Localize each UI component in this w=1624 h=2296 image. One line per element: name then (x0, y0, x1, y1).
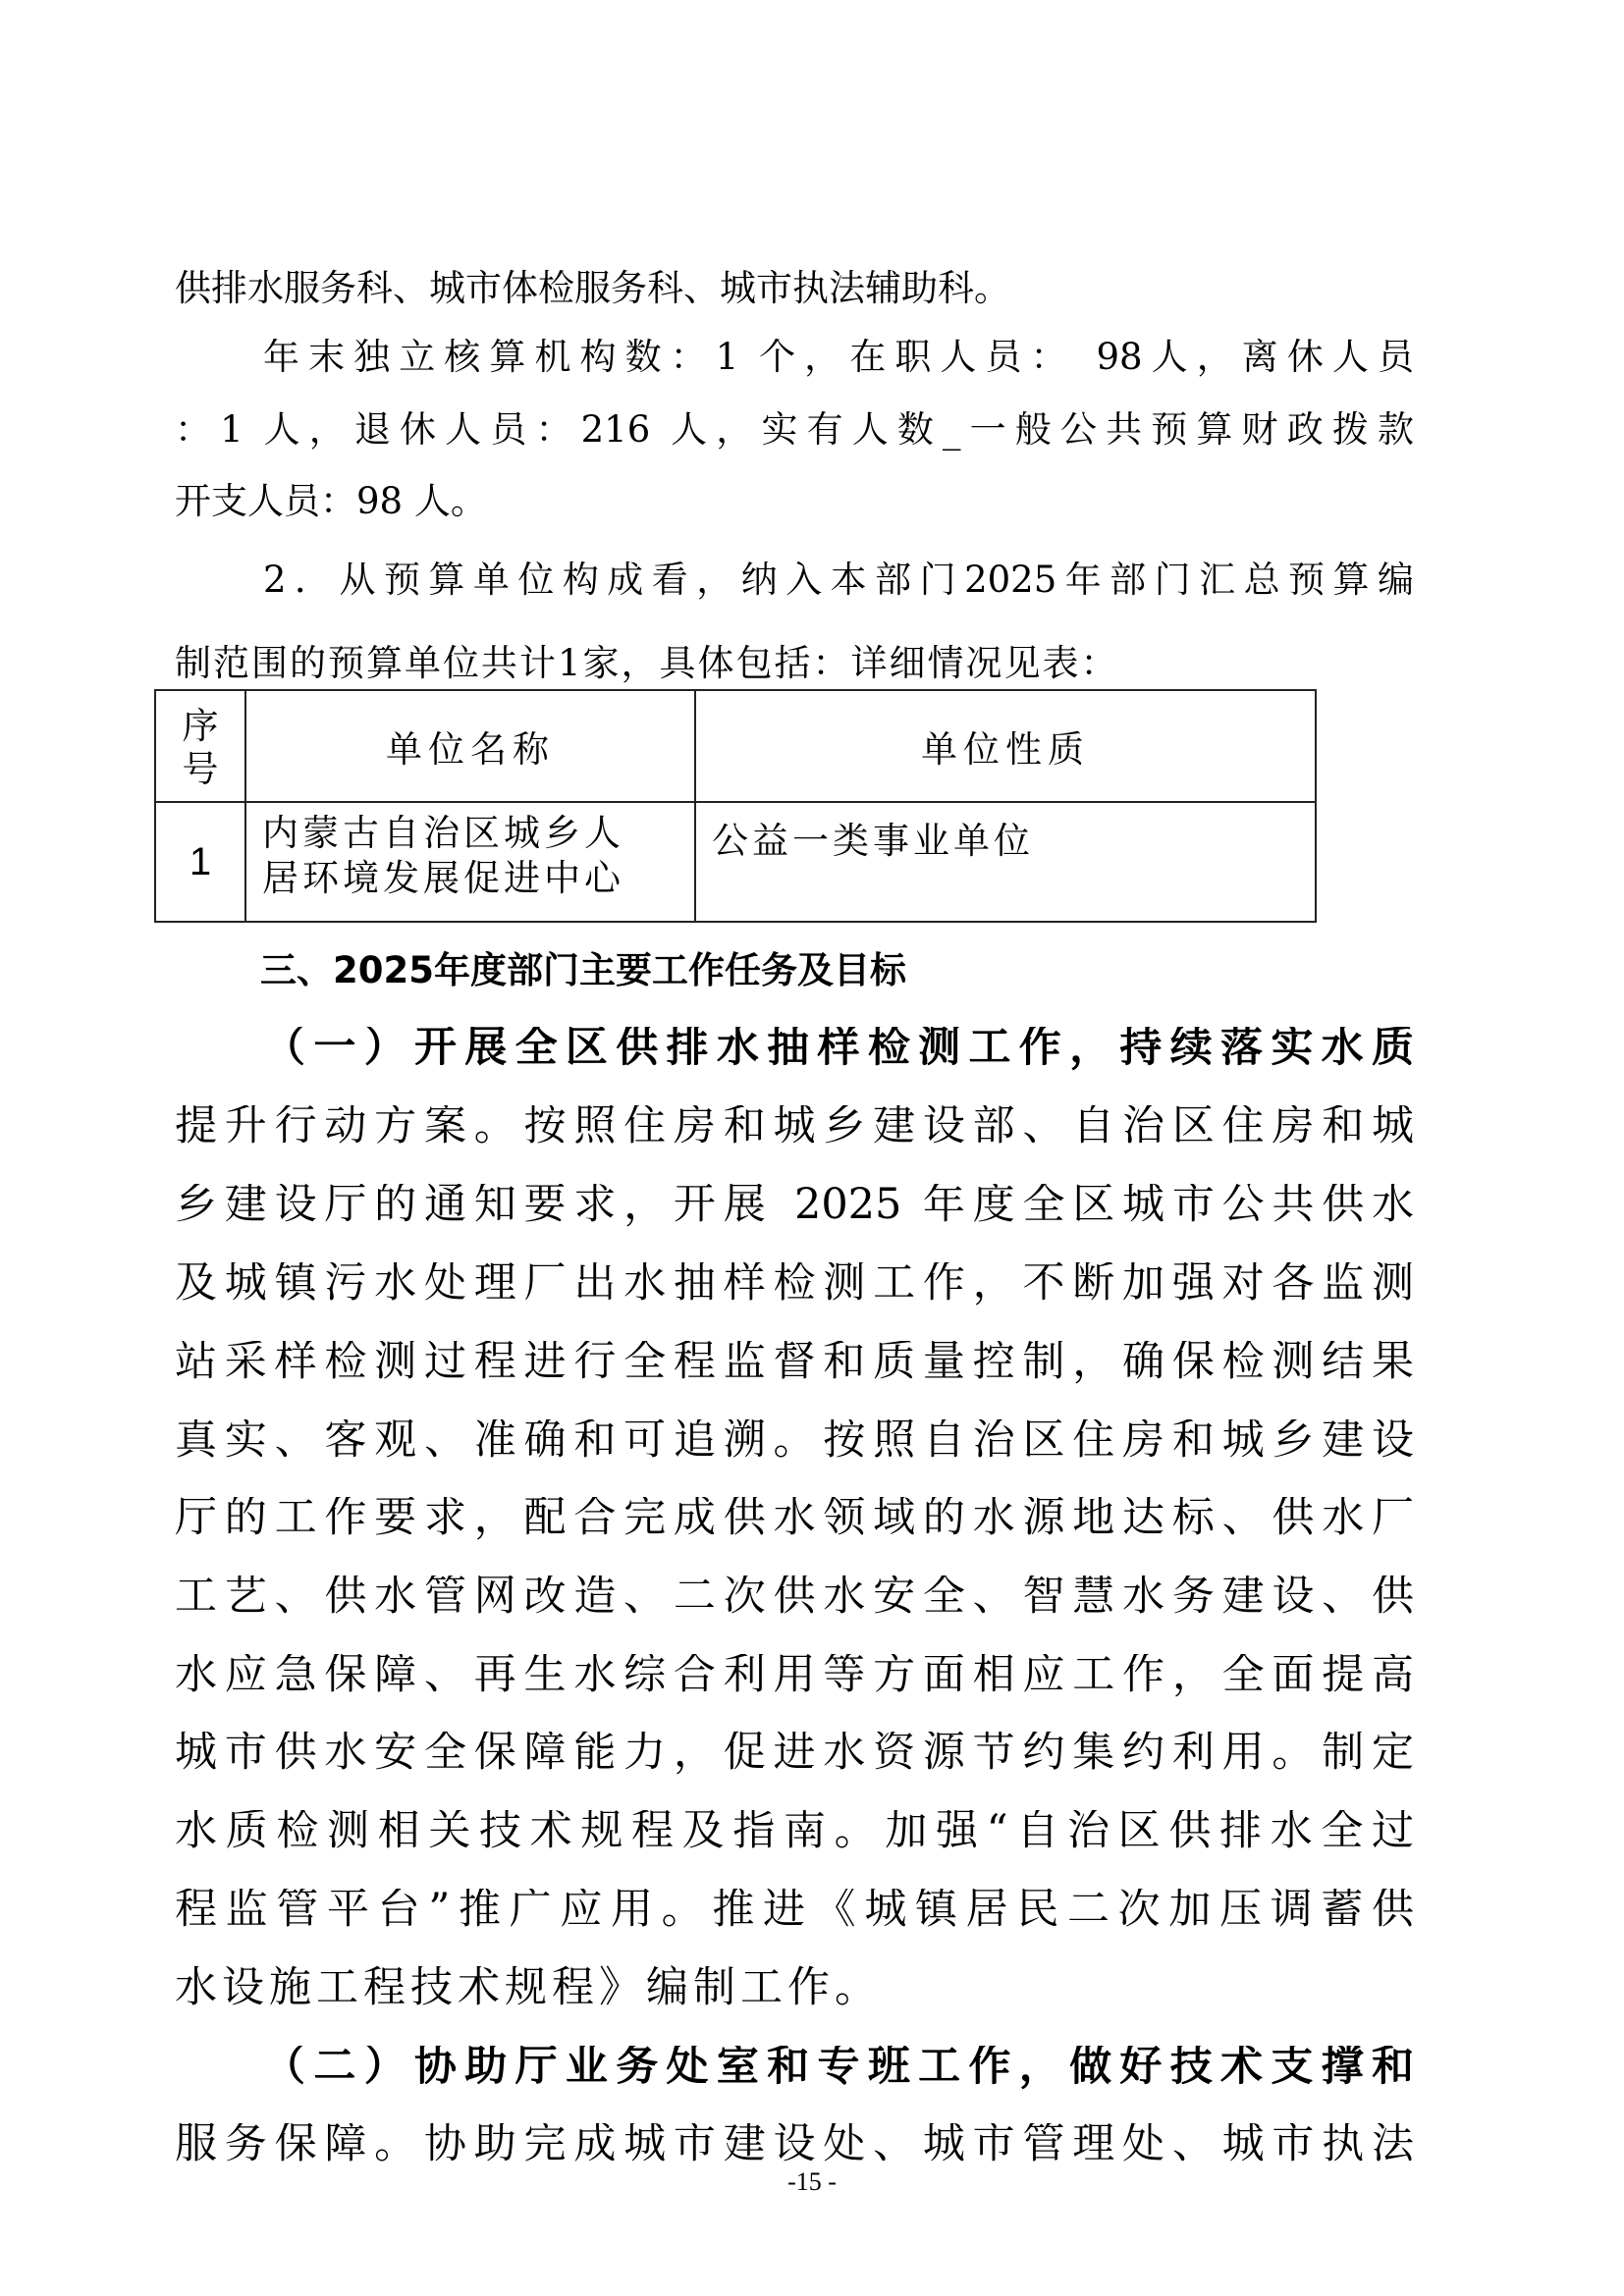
subsection-heading: （一）开展全区供排水抽样检测工作，持续落实水质 (263, 1027, 1414, 1078)
table-header-no: 序号 (155, 690, 245, 802)
body-text-line: 水设施工程技术规程》编制工作。 (175, 1967, 882, 2009)
body-text-line: 供排水服务科、城市体检服务科、城市执法辅助科。 (175, 270, 1010, 306)
table-header-name: 单位名称 (245, 690, 695, 802)
body-text-line: ：1 人，退休人员：216 人，实有人数_一般公共预算财政拨款 (175, 411, 1414, 454)
body-text-line: 水应急保障、再生水综合利用等方面相应工作，全面提高 (175, 1654, 1414, 1705)
table-cell-nature: 公益一类事业单位 (695, 802, 1316, 922)
body-text-line: 真实、客观、准确和可追溯。按照自治区住房和城乡建设 (175, 1419, 1414, 1470)
unit-name-line1: 内蒙古自治区城乡人 (262, 812, 624, 854)
body-text-line: 工艺、供水管网改造、二次供水安全、智慧水务建设、供 (175, 1575, 1414, 1627)
body-text-line: 城市供水安全保障能力，促进水资源节约集约利用。制定 (175, 1732, 1414, 1783)
body-text-line: 程监管平台”推广应用。推进《城镇居民二次加压调蓄供 (175, 1889, 1414, 1940)
table-header-row: 序号 单位名称 单位性质 (155, 690, 1316, 802)
table-cell-name: 内蒙古自治区城乡人 居环境发展促进中心 (245, 802, 695, 922)
body-text-line: 服务保障。协助完成城市建设处、城市管理处、城市执法 (175, 2123, 1414, 2174)
unit-name-line2: 居环境发展促进中心 (262, 857, 624, 899)
body-text-line: 2．从预算单位构成看，纳入本部门2025年部门汇总预算编 (263, 561, 1414, 605)
section-heading: 三、2025年度部门主要工作任务及目标 (260, 952, 906, 988)
header-no-line1: 序 (183, 705, 219, 747)
subsection-heading: （二）协助厅业务处室和专班工作，做好技术支撑和 (263, 2046, 1414, 2097)
header-no-line2: 号 (183, 748, 219, 790)
body-text-line: 及城镇污水处理厂出水抽样检测工作，不断加强对各监测 (175, 1262, 1414, 1313)
budget-units-table: 序号 单位名称 单位性质 1 内蒙古自治区城乡人 居环境发展促进中心 公益一类事… (154, 689, 1317, 923)
body-text-line: 制范围的预算单位共计1家，具体包括：详细情况见表： (175, 645, 1119, 681)
body-text-line: 水质检测相关技术规程及指南。加强“自治区供排水全过 (175, 1810, 1414, 1861)
body-text-line: 年末独立核算机构数：1 个，在职人员： 98人，离休人员 (263, 339, 1414, 382)
body-text-line: 站采样检测过程进行全程监督和质量控制，确保检测结果 (175, 1341, 1414, 1392)
body-text-line: 厅的工作要求，配合完成供水领域的水源地达标、供水厂 (175, 1497, 1414, 1548)
table-cell-no: 1 (155, 802, 245, 922)
table-row: 1 内蒙古自治区城乡人 居环境发展促进中心 公益一类事业单位 (155, 802, 1316, 922)
body-text-line: 提升行动方案。按照住房和城乡建设部、自治区住房和城 (175, 1105, 1414, 1156)
body-text-line: 乡建设厅的通知要求，开展 2025 年度全区城市公共供水 (175, 1184, 1414, 1235)
table-header-nature: 单位性质 (695, 690, 1316, 802)
body-text-line: 开支人员：98 人。 (175, 483, 487, 519)
page-number: -15 - (0, 2167, 1624, 2197)
